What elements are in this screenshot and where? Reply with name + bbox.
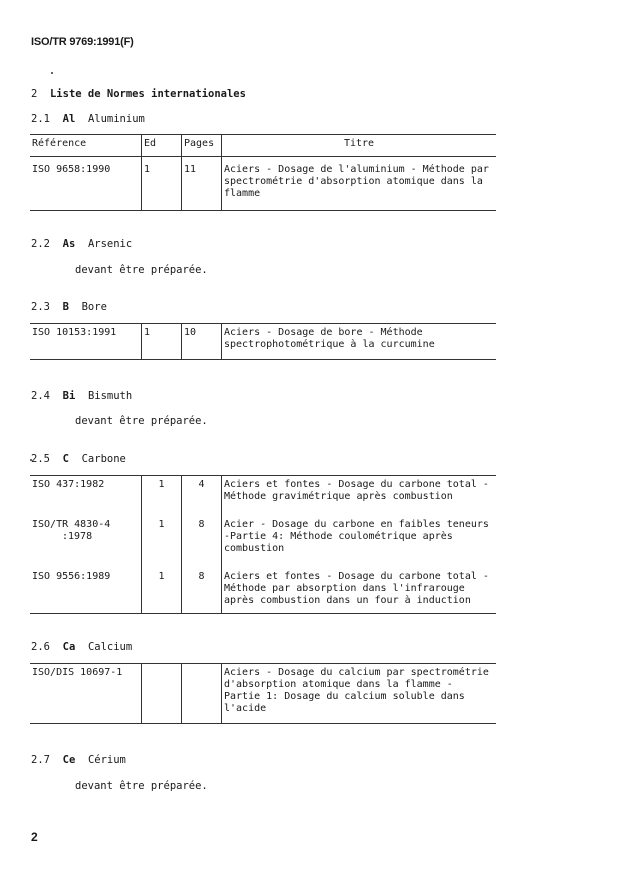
- element-symbol: Ce: [63, 754, 76, 766]
- header-reference: Référence: [30, 135, 142, 157]
- subsection-number: 2.3: [31, 301, 50, 313]
- subsection-heading-bismuth: 2.4 Bi Bismuth: [31, 390, 132, 402]
- subsection-heading-calcium: 2.6 Ca Calcium: [31, 641, 132, 653]
- standards-table-carbone: ISO 437:1982 1 4 Aciers et fontes - Dosa…: [30, 475, 496, 614]
- note-bismuth: devant être préparée.: [75, 415, 208, 427]
- header-pages: Pages: [182, 135, 222, 157]
- cell-pages: 8: [182, 517, 222, 569]
- cell-titre: Acier - Dosage du carbone en faibles ten…: [222, 517, 497, 569]
- subsection-number: 2.5: [31, 453, 50, 465]
- element-symbol: B: [63, 301, 69, 313]
- cell-ed: 1: [142, 157, 182, 211]
- table-row: ISO 10153:1991 1 10 Aciers - Dosage de b…: [30, 324, 496, 360]
- element-symbol: C: [63, 453, 69, 465]
- subsection-number: 2.2: [31, 238, 50, 250]
- section-number: 2: [31, 88, 37, 100]
- table-row: ISO 9658:1990 1 11 Aciers - Dosage de l'…: [30, 157, 496, 211]
- document-id: ISO/TR 9769:1991(F): [31, 36, 134, 48]
- table-row: ISO 437:1982 1 4 Aciers et fontes - Dosa…: [30, 476, 496, 518]
- standards-table-calcium: ISO/DIS 10697-1 Aciers - Dosage du calci…: [30, 663, 496, 724]
- cell-reference: ISO/TR 4830-4:1978: [30, 517, 142, 569]
- element-name: Aluminium: [88, 113, 145, 125]
- subsection-heading-aluminium: 2.1 Al Aluminium: [31, 113, 145, 125]
- scan-artifact: [51, 72, 53, 74]
- cell-reference: ISO/DIS 10697-1: [30, 664, 142, 724]
- cell-ed: [142, 664, 182, 724]
- subsection-number: 2.1: [31, 113, 50, 125]
- element-symbol: Bi: [63, 390, 76, 402]
- note-arsenic: devant être préparée.: [75, 264, 208, 276]
- element-name: Cérium: [88, 754, 126, 766]
- cell-reference: ISO 9658:1990: [30, 157, 142, 211]
- cell-ed: 1: [142, 324, 182, 360]
- element-name: Arsenic: [88, 238, 132, 250]
- cell-pages: 8: [182, 569, 222, 614]
- standards-table-bore: ISO 10153:1991 1 10 Aciers - Dosage de b…: [30, 323, 496, 360]
- cell-titre: Aciers - Dosage de l'aluminium - Méthode…: [222, 157, 497, 211]
- element-symbol: Al: [63, 113, 76, 125]
- element-symbol: As: [63, 238, 76, 250]
- cell-ed: 1: [142, 476, 182, 518]
- subsection-heading-carbone: 2.5 C Carbone: [31, 453, 126, 465]
- table-row: ISO 9556:1989 1 8 Aciers et fontes - Dos…: [30, 569, 496, 614]
- subsection-number: 2.6: [31, 641, 50, 653]
- section-heading: 2 Liste de Normes internationales: [31, 88, 246, 100]
- reference-line-1: ISO/TR 4830-4: [32, 519, 139, 531]
- cell-pages: 11: [182, 157, 222, 211]
- element-name: Calcium: [88, 641, 132, 653]
- cell-titre: Aciers et fontes - Dosage du carbone tot…: [222, 569, 497, 614]
- cell-titre: Aciers - Dosage du calcium par spectromé…: [222, 664, 497, 724]
- table-row: ISO/DIS 10697-1 Aciers - Dosage du calci…: [30, 664, 496, 724]
- subsection-heading-cerium: 2.7 Ce Cérium: [31, 754, 126, 766]
- element-name: Bismuth: [88, 390, 132, 402]
- cell-reference: ISO 437:1982: [30, 476, 142, 518]
- header-ed: Ed: [142, 135, 182, 157]
- cell-reference: ISO 9556:1989: [30, 569, 142, 614]
- element-name: Bore: [82, 301, 107, 313]
- subsection-heading-bore: 2.3 B Bore: [31, 301, 107, 313]
- header-titre: Titre: [222, 135, 497, 157]
- table-row: ISO/TR 4830-4:1978 1 8 Acier - Dosage du…: [30, 517, 496, 569]
- cell-pages: 4: [182, 476, 222, 518]
- element-symbol: Ca: [63, 641, 76, 653]
- cell-ed: 1: [142, 569, 182, 614]
- note-cerium: devant être préparée.: [75, 780, 208, 792]
- cell-titre: Aciers et fontes - Dosage du carbone tot…: [222, 476, 497, 518]
- cell-pages: 10: [182, 324, 222, 360]
- cell-ed: 1: [142, 517, 182, 569]
- cell-reference: ISO 10153:1991: [30, 324, 142, 360]
- subsection-heading-arsenic: 2.2 As Arsenic: [31, 238, 132, 250]
- cell-pages: [182, 664, 222, 724]
- reference-line-2: :1978: [32, 531, 139, 543]
- standards-table-aluminium: Référence Ed Pages Titre ISO 9658:1990 1…: [30, 134, 496, 211]
- subsection-number: 2.4: [31, 390, 50, 402]
- table-header-row: Référence Ed Pages Titre: [30, 135, 496, 157]
- cell-titre: Aciers - Dosage de bore - Méthode spectr…: [222, 324, 497, 360]
- subsection-number: 2.7: [31, 754, 50, 766]
- section-title: Liste de Normes internationales: [50, 88, 246, 100]
- page-number: 2: [31, 830, 38, 844]
- element-name: Carbone: [82, 453, 126, 465]
